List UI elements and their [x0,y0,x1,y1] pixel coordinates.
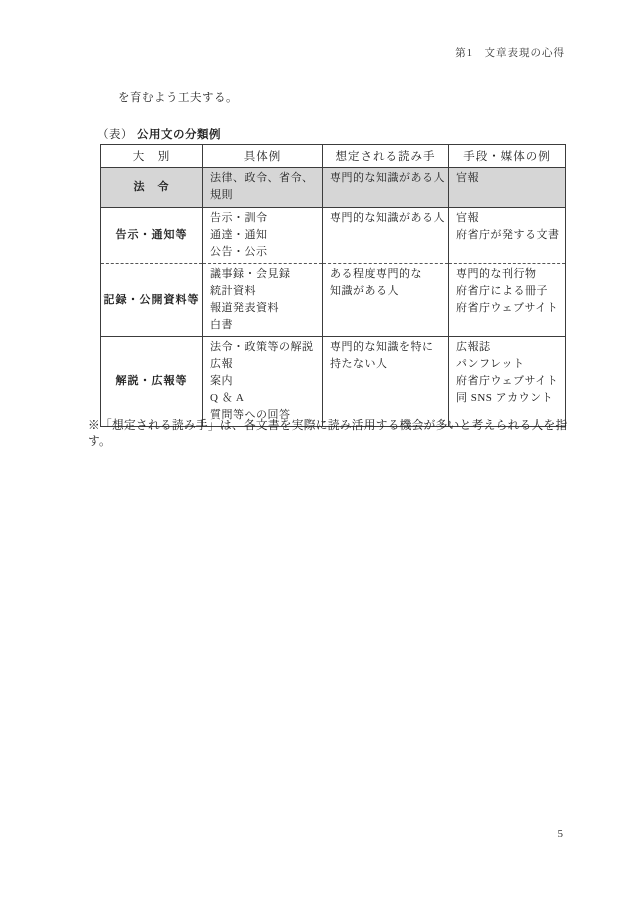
category-cell: 記録・公開資料等 [101,264,203,337]
cell-line: 公告・公示 [210,244,318,261]
cell-line: 専門的な知識がある人 [330,210,444,227]
readers-cell: 専門的な知識がある人 [323,208,449,264]
body-paragraph: を育むよう工夫する。 [118,89,238,105]
cell-line: 府省庁ウェブサイト [456,300,561,317]
cell-line: 法令・政策等の解説 [210,339,318,356]
cell-line: パンフレット [456,356,561,373]
cell-line: 専門的な知識がある人 [330,170,444,187]
cell-line: 規則 [210,187,318,204]
cell-line: 府省庁ウェブサイト [456,373,561,390]
cell-line: 告示・訓令 [210,210,318,227]
category-cell: 解説・広報等 [101,337,203,427]
cell-line: 府省庁による冊子 [456,283,561,300]
cell-line: 法 令 [103,179,200,196]
table-footnote: ※「想定される読み手」は、各文書を実際に読み活用する機会が多いと考えられる人を指… [88,417,578,449]
readers-cell: 専門的な知識がある人 [323,168,449,208]
table-row: 記録・公開資料等議事録・会見録統計資料報道発表資料白書ある程度専門的な知識がある… [101,264,566,337]
column-header-readers: 想定される読み手 [323,145,449,168]
classification-table-body: 法 令法律、政令、省令、規則専門的な知識がある人官報告示・通知等告示・訓令通達・… [101,168,566,427]
cell-line: 記録・公開資料等 [103,292,200,309]
cell-line: 官報 [456,210,561,227]
table-row: 解説・広報等法令・政策等の解説広報案内Q ＆ A質問等への回答専門的な知識を特に… [101,337,566,427]
media-cell: 専門的な刊行物府省庁による冊子府省庁ウェブサイト [449,264,566,337]
table-row: 告示・通知等告示・訓令通達・通知公告・公示専門的な知識がある人官報府省庁が発する… [101,208,566,264]
cell-line: 同 SNS アカウント [456,390,561,407]
examples-cell: 法令・政策等の解説広報案内Q ＆ A質問等への回答 [203,337,323,427]
readers-cell: 専門的な知識を特に持たない人 [323,337,449,427]
cell-line: 専門的な知識を特に [330,339,444,356]
examples-cell: 法律、政令、省令、規則 [203,168,323,208]
cell-line: 通達・通知 [210,227,318,244]
table-caption-title: 公用文の分類例 [137,129,221,141]
column-header-category: 大 別 [101,145,203,168]
cell-line: ある程度専門的な [330,266,444,283]
page-number: 5 [558,828,564,840]
media-cell: 官報 [449,168,566,208]
table-caption: （表）公用文の分類例 [97,126,221,142]
cell-line: 官報 [456,170,561,187]
category-cell: 告示・通知等 [101,208,203,264]
cell-line: 解説・広報等 [103,373,200,390]
cell-line: 告示・通知等 [103,227,200,244]
cell-line: 案内 [210,373,318,390]
table-header-row: 大 別 具体例 想定される読み手 手段・媒体の例 [101,145,566,168]
readers-cell: ある程度専門的な知識がある人 [323,264,449,337]
media-cell: 官報府省庁が発する文書 [449,208,566,264]
table-row: 法 令法律、政令、省令、規則専門的な知識がある人官報 [101,168,566,208]
examples-cell: 告示・訓令通達・通知公告・公示 [203,208,323,264]
cell-line: 府省庁が発する文書 [456,227,561,244]
media-cell: 広報誌パンフレット府省庁ウェブサイト同 SNS アカウント [449,337,566,427]
cell-line: 持たない人 [330,356,444,373]
classification-table: 大 別 具体例 想定される読み手 手段・媒体の例 法 令法律、政令、省令、規則専… [100,144,566,427]
cell-line: Q ＆ A [210,390,318,407]
column-header-media: 手段・媒体の例 [449,145,566,168]
category-cell: 法 令 [101,168,203,208]
cell-line: 広報 [210,356,318,373]
document-page: 第1 文章表現の心得 を育むよう工夫する。 （表）公用文の分類例 大 別 具体例… [0,0,643,900]
examples-cell: 議事録・会見録統計資料報道発表資料白書 [203,264,323,337]
cell-line: 専門的な刊行物 [456,266,561,283]
cell-line: 議事録・会見録 [210,266,318,283]
classification-table-head: 大 別 具体例 想定される読み手 手段・媒体の例 [101,145,566,168]
table-caption-prefix: （表） [97,129,133,141]
cell-line: 報道発表資料 [210,300,318,317]
cell-line: 広報誌 [456,339,561,356]
cell-line: 白書 [210,317,318,334]
column-header-examples: 具体例 [203,145,323,168]
cell-line: 法律、政令、省令、 [210,170,318,187]
running-header: 第1 文章表現の心得 [455,45,565,60]
cell-line: 統計資料 [210,283,318,300]
cell-line: 知識がある人 [330,283,444,300]
